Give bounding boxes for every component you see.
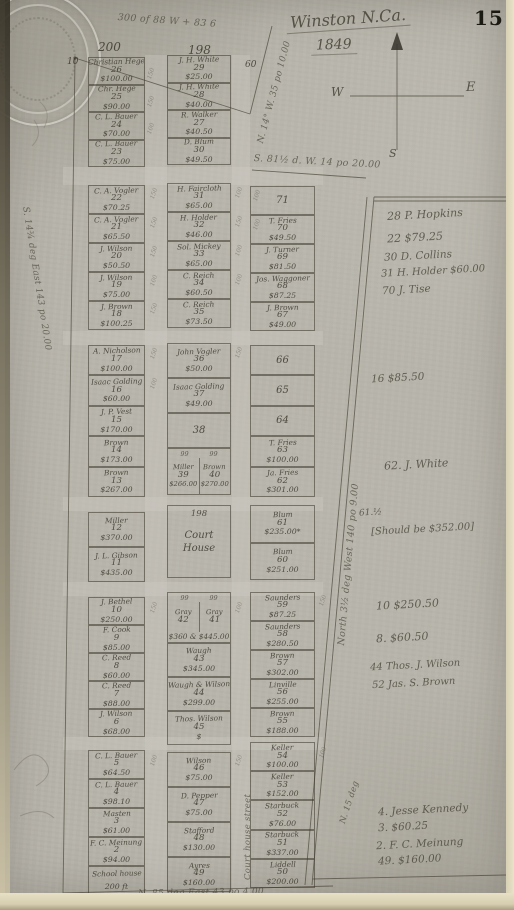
lot-cell: J. P. Vest15$170.00 <box>88 406 145 436</box>
lot-cell: C. Reich34$60.50 <box>167 270 231 299</box>
dimension-mark: 100 <box>234 273 244 286</box>
lot-price: $49.50 <box>269 234 296 242</box>
lot-price: $64.50 <box>103 769 130 777</box>
lot-price: $100.00 <box>266 456 298 464</box>
lot-price: $250.00 <box>100 616 132 624</box>
lot-cell: Isaac Golding16$60.00 <box>88 375 145 405</box>
dimension-mark: 150 <box>234 346 244 359</box>
lot-number: 64 <box>276 415 289 426</box>
lot-cell: J. Wilson20$50.50 <box>88 243 145 272</box>
lot-price: $65.00 <box>185 260 212 268</box>
margin-note: 31 H. Holder $60.00 <box>381 263 486 279</box>
lot-price: $235.00* <box>264 528 300 536</box>
lot-number: 65 <box>276 385 289 396</box>
lot-cell: J. Wilson19$75.00 <box>88 272 145 301</box>
margin-note: 30 D. Collins <box>384 248 453 264</box>
margin-note: 4. Jesse Kennedy <box>378 802 469 819</box>
lot-price: $370.00 <box>100 534 132 542</box>
lot-frontage: 200 ft <box>105 883 128 891</box>
lot-price: $75.00 <box>103 158 130 166</box>
lot-cell: School house200 ft <box>88 866 145 895</box>
lot-cell-half: Miller39$266.00 <box>168 458 199 494</box>
survey-label-street-name: Court house street <box>243 794 253 880</box>
lot-cell: C. Reich35$73.50 <box>167 299 231 328</box>
dimension-mark: 100 <box>149 377 159 390</box>
lot-cell: Brown14$173.00 <box>88 436 145 466</box>
lot-price: $301.00 <box>266 486 298 494</box>
lot-cell: Jos. Waggoner68$87.25 <box>250 273 315 302</box>
lot-number: 38 <box>193 425 206 436</box>
lot-price: $299.00 <box>183 699 215 707</box>
lot-cell: J. H. White29$25.00 <box>167 55 231 83</box>
lot-cell: J. H. White28$40.00 <box>167 83 231 111</box>
map-year: 1849 <box>311 36 357 56</box>
lot-price: $188.00 <box>266 727 298 735</box>
lot-price: $251.00 <box>266 566 298 574</box>
survey-label-southeast-line: N. 15 deg <box>338 780 361 825</box>
lot-cell: R. Walker27$40.50 <box>167 110 231 138</box>
lot-cell: Christian Hege26$100.00 <box>88 57 145 85</box>
dimension-mark: 100 <box>146 122 156 135</box>
lot-cell: Sol. Mickey33$65.00 <box>167 241 231 270</box>
dimension-mark: 150 <box>146 67 156 80</box>
margin-note: 10 $250.50 <box>376 596 440 612</box>
lot-cell: C. A. Vogler22$70.25 <box>88 185 145 214</box>
lot-cell: Blum61$235.00* <box>250 505 315 543</box>
dimension-mark: 100 <box>234 601 244 614</box>
lot-price: $75.00 <box>185 809 212 817</box>
lot-price: $87.25 <box>269 292 296 300</box>
lot-cell: Ja. Fries62$301.00 <box>250 467 315 497</box>
margin-note: 16 $85.50 <box>371 371 425 386</box>
lot-cell: Brown55$188.00 <box>250 708 315 737</box>
dimension-mark: 150 <box>149 187 159 200</box>
survey-label-first-street: S. 81½ d. W. 14 po 20.00 <box>253 153 381 171</box>
lot-cell: Stafford48$130.00 <box>167 822 231 857</box>
lot-cell: H. Holder32$46.00 <box>167 212 231 241</box>
lot-cell: Keller53$152.00 <box>250 771 315 800</box>
split-row: Gray42Gray41 <box>168 602 230 632</box>
lot-cell: 66 <box>250 345 315 375</box>
lot-price: $130.00 <box>183 844 215 852</box>
lot-cell: Thos. Wilson45$ <box>167 711 231 745</box>
lot-price: $70.00 <box>103 130 130 138</box>
lot-price: $81.50 <box>269 263 296 271</box>
lot-cell: Wilson46$75.00 <box>167 752 231 787</box>
lot-cell: J. L. Gibson11$435.00 <box>88 547 145 582</box>
dimension-mark: 150 <box>149 347 159 360</box>
lot-price: $68.00 <box>103 728 130 736</box>
lot-cell: C. Reed7$88.00 <box>88 681 145 709</box>
lot-cell: Brown57$302.00 <box>250 650 315 679</box>
lot-cell: John Vogler36$50.00 <box>167 343 231 378</box>
lot-cell: Waugh & Wilson44$299.00 <box>167 677 231 711</box>
margin-note: 3. $60.25 <box>378 820 429 835</box>
lot-price: $266.00 <box>169 481 197 488</box>
lot-cell: Saunders59$87.25 <box>250 592 315 621</box>
dimension-mark: 150 <box>318 594 328 607</box>
dimension-mark: 150 <box>149 302 159 315</box>
margin-note: [Should be $352.00] <box>371 521 475 537</box>
lot-cell: C. L. Bauer4$98.10 <box>88 779 145 808</box>
lot-cell: Starbuck51$337.00 <box>250 830 315 859</box>
lot-cell: D. Blum30$49.50 <box>167 138 231 166</box>
lot-cell: Saunders58$280.50 <box>250 621 315 650</box>
lot-price: $87.25 <box>269 611 296 619</box>
lot-number: 71 <box>276 195 289 206</box>
dimension-mark: 100 <box>149 274 159 287</box>
survey-label-west-line: S. 14¾ deg East 143 po 20.00 <box>20 206 53 351</box>
lot-price: $337.00 <box>266 849 298 857</box>
lot-cell: 198Court House <box>167 505 231 578</box>
margin-note: 28 P. Hopkins <box>387 206 463 223</box>
lot-price: $90.00 <box>103 103 130 111</box>
lot-cell: Waugh43$345.00 <box>167 643 231 677</box>
lot-cell: C. Reed8$60.00 <box>88 653 145 681</box>
lot-cell: Isaac Golding37$49.00 <box>167 378 231 413</box>
lot-cell-half: Gray41 <box>199 602 231 632</box>
lot-cell: F. Cook9$85.00 <box>88 625 145 653</box>
dimension-mark: 100 <box>234 244 244 257</box>
split-row: Miller39$266.00Brown40$270.00 <box>168 458 230 494</box>
lot-cell: C. L. Bauer23$75.00 <box>88 140 145 168</box>
page-right-margin <box>506 0 514 893</box>
lot-price: $60.50 <box>185 289 212 297</box>
lot-number: 66 <box>276 355 289 366</box>
dimension-mark: 150 <box>149 601 159 614</box>
lot-price: $94.00 <box>103 856 130 864</box>
lot-cell: Blum60$251.00 <box>250 543 315 581</box>
margin-note: 52 Jas. S. Brown <box>372 676 456 691</box>
lot-price: $435.00 <box>100 569 132 577</box>
lot-cell: 64 <box>250 406 315 436</box>
survey-label-northeast-line: N. 14° W. 35 po 10.00 <box>256 40 293 145</box>
lot-cell: Linville56$255.00 <box>250 679 315 708</box>
lot-cell-half: Gray42 <box>168 602 199 632</box>
lot-price: $40.00 <box>185 101 212 109</box>
lot-price: $60.00 <box>103 395 130 403</box>
courthouse-label: Court House <box>175 529 223 555</box>
dimension-mark: 150 <box>149 245 159 258</box>
dimension-mark: 100 <box>149 754 159 767</box>
lot-number: 41 <box>209 616 220 626</box>
lot-cell: J. Brown18$100.25 <box>88 301 145 330</box>
page-number: 15 <box>474 6 504 30</box>
lot-price: $200.00 <box>266 878 298 886</box>
lot-cell: D. Pepper47$75.00 <box>167 787 231 822</box>
margin-note: 44 Thos. J. Wilson <box>370 658 461 674</box>
lot-cell: H. Faircloth31$65.00 <box>167 183 231 212</box>
lot-price: $65.50 <box>103 233 130 241</box>
survey-label-east-road: North 3½ deg West 140 po 9.00 <box>336 483 361 646</box>
lot-price: $173.00 <box>100 456 132 464</box>
lot-price: $50.50 <box>103 262 130 270</box>
margin-note: 61.½ <box>359 507 383 518</box>
dimension-mark: 100 <box>318 746 328 759</box>
margin-note: 8. $60.50 <box>376 630 429 646</box>
lot-price: $170.00 <box>100 426 132 434</box>
lot-cell: 65 <box>250 375 315 405</box>
lot-cell: J. Wilson6$68.00 <box>88 709 145 737</box>
lot-price: $46.00 <box>185 231 212 239</box>
lot-price: $270.00 <box>201 481 229 488</box>
lot-width-label: 198 <box>168 509 230 519</box>
lot-cell: Liddell50$200.00 <box>250 859 315 888</box>
lot-cell: Keller54$100.00 <box>250 742 315 771</box>
lot-price: $98.10 <box>103 798 130 806</box>
lot-price: $345.00 <box>183 665 215 673</box>
lot-cell: F. C. Meinung2$94.00 <box>88 837 145 866</box>
lot-cell: Chr. Hege25$90.00 <box>88 85 145 113</box>
lot-price: $152.00 <box>266 790 298 798</box>
margin-note: 62. J. White <box>384 456 449 472</box>
lot-price: $49.00 <box>185 400 212 408</box>
lot-price: $100.00 <box>100 75 132 83</box>
lot-price: $49.00 <box>269 321 296 329</box>
lot-cell: Miller12$370.00 <box>88 512 145 547</box>
block-width-label-200: 200 <box>98 40 121 54</box>
block-width-label-60: 60 <box>245 60 256 70</box>
lot-price: $88.00 <box>103 700 130 708</box>
margin-note: 2. F. C. Meinung <box>376 836 464 853</box>
lot-price: $49.50 <box>185 156 212 164</box>
lot-price: $100.00 <box>100 365 132 373</box>
lot-price: $255.00 <box>266 698 298 706</box>
lot-price: $280.50 <box>266 640 298 648</box>
lot-price: $160.00 <box>183 879 215 887</box>
lot-cell-half: Brown40$270.00 <box>199 458 231 494</box>
lot-cell: C. L. Bauer5$64.50 <box>88 750 145 779</box>
lot-cell: J. Turner69$81.50 <box>250 244 315 273</box>
lot-price: $ <box>197 733 202 741</box>
page-bottom-margin <box>0 893 514 910</box>
dimension-mark: 150 <box>234 215 244 228</box>
margin-note: 70 J. Tise <box>382 283 431 298</box>
lot-price: $65.00 <box>185 202 212 210</box>
lot-cell: A. Nicholson17$100.00 <box>88 345 145 375</box>
lot-price: $60.00 <box>103 672 130 680</box>
lot-cell: C. L. Bauer24$70.00 <box>88 112 145 140</box>
lot-price: $75.00 <box>103 291 130 299</box>
page-left-shadow <box>0 0 10 893</box>
lot-cell: 38 <box>167 413 231 448</box>
lot-number: 42 <box>178 616 189 626</box>
lot-cell: Brown13$267.00 <box>88 467 145 497</box>
lot-cell: T. Fries63$100.00 <box>250 436 315 466</box>
lot-price: $50.00 <box>185 365 212 373</box>
lot-price: $100.00 <box>266 761 298 769</box>
lot-price: $25.00 <box>185 73 212 81</box>
schoolhouse-label: School house <box>92 869 142 878</box>
lot-grid: Christian Hege26$100.00Chr. Hege25$90.00… <box>0 0 514 910</box>
lot-prices-label: $360 & $445.00 <box>169 632 230 642</box>
dimension-mark: 150 <box>234 754 244 767</box>
lot-price: $267.00 <box>100 486 132 494</box>
lot-price: $302.00 <box>266 669 298 677</box>
lot-width-label: 99 99 <box>168 449 230 458</box>
lot-cell: C. A. Vogler21$65.50 <box>88 214 145 243</box>
lot-price: $70.25 <box>103 204 130 212</box>
lot-cell: J. Bethel10$250.00 <box>88 597 145 625</box>
margin-note: 49. $160.00 <box>378 852 442 867</box>
lot-price: $100.25 <box>100 320 132 328</box>
survey-label-north-line: 300 of 88 W + 83 6 <box>117 12 216 30</box>
lot-cell: 99 99Miller39$266.00Brown40$270.00 <box>167 448 231 495</box>
lot-cell: J. Brown67$49.00 <box>250 302 315 331</box>
lot-cell: Starbuck52$76.00 <box>250 800 315 829</box>
compass-south-label: S <box>389 147 397 160</box>
dimension-mark: 100 <box>234 186 244 199</box>
lot-price: $85.00 <box>103 644 130 652</box>
compass-east-label: E <box>466 80 476 95</box>
block-width-label-10: 10 <box>67 57 78 67</box>
lot-price: $75.00 <box>185 774 212 782</box>
lot-cell: 99 99Gray42Gray41$360 & $445.00 <box>167 592 231 643</box>
lot-price: $40.50 <box>185 128 212 136</box>
dimension-mark: 150 <box>146 95 156 108</box>
lot-width-label: 99 99 <box>168 593 230 602</box>
dimension-mark: 150 <box>149 216 159 229</box>
compass-west-label: W <box>331 85 343 99</box>
scanned-plat-page: Christian Hege26$100.00Chr. Hege25$90.00… <box>0 0 514 910</box>
lot-price: $73.50 <box>185 318 212 326</box>
lot-price: $61.00 <box>103 827 130 835</box>
lot-price: $76.00 <box>269 820 296 828</box>
margin-note: 22 $79.25 <box>387 230 444 246</box>
lot-cell: Masten3$61.00 <box>88 808 145 837</box>
block-width-label-198: 198 <box>188 43 211 57</box>
